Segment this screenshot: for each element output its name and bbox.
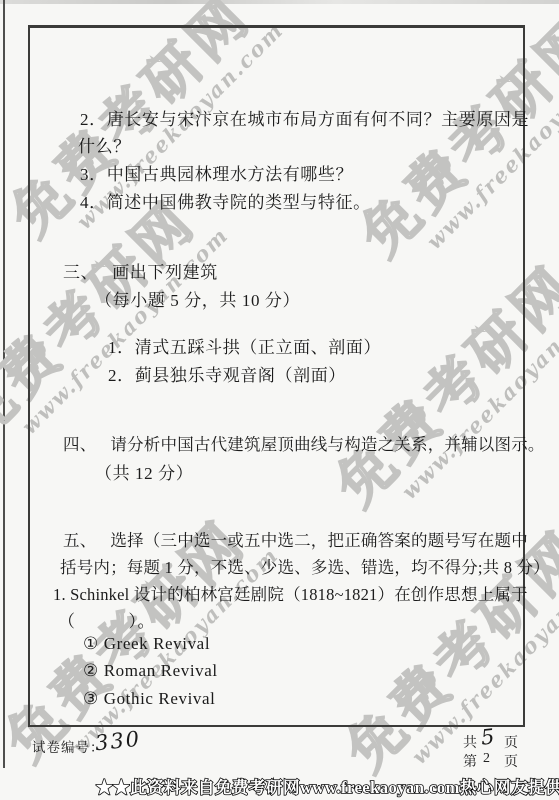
total-pages-label: 共 — [463, 732, 478, 752]
option-1-greek-revival: ① Greek Revival — [83, 634, 210, 654]
section3-item1: 1．清式五踩斗拱（正立面、剖面） — [108, 333, 381, 358]
paper-number-label: 试卷编号： — [32, 736, 105, 756]
section5-q1-answer-blank: （ ）。 — [58, 607, 155, 632]
question-3: 3．中国古典园林理水方法有哪些？ — [80, 160, 353, 185]
scan-noise-strip — [0, 0, 559, 4]
section4-score: （共 12 分） — [95, 459, 193, 484]
current-page-number: 2 — [483, 751, 491, 767]
total-pages-unit: 页 — [504, 732, 519, 752]
section3-title: 画出下列建筑 — [112, 263, 218, 282]
question-2-line1: 2．唐长安与宋汴京在城市布局方面有何不同？主要原因是 — [80, 105, 529, 130]
question-2-line2: 什么？ — [78, 132, 131, 157]
section3-item2: 2．蓟县独乐寺观音阁（剖面） — [108, 361, 346, 386]
section5-q1-line1: 1. Schinkel 设计的柏林宫廷剧院（1818~1821）在创作思想上属于 — [53, 581, 528, 605]
section5-number: 五、 — [63, 531, 96, 550]
option-2-roman-revival: ② Roman Revival — [83, 661, 218, 681]
current-page-unit: 页 — [504, 751, 519, 771]
source-banner: ★★此资料来自免费考研网www.freekaoyan.com热心网友提供★★ — [96, 774, 559, 798]
section4-title: 请分析中国古代建筑屋顶曲线与构造之关系，并辅以图示。 — [110, 435, 544, 454]
total-pages-handwritten: 5 — [480, 724, 498, 749]
section3-number: 三、 — [63, 263, 98, 282]
section3-header: 三、画出下列建筑 — [63, 258, 218, 283]
paper-number-handwritten: 330 — [94, 727, 142, 756]
section4-number: 四、 — [63, 435, 96, 454]
question-4: 4．简述中国佛教寺院的类型与特征。 — [80, 188, 371, 213]
section5-instructions-line1: 选择（三中选一或五中选二，把正确答案的题号写在题中 — [110, 531, 528, 550]
section5-instructions-line2: 括号内；每题 1 分，不选、少选、多选、错选，均不得分;共 8 分） — [60, 554, 550, 578]
section4-header: 四、请分析中国古代建筑屋顶曲线与构造之关系，并辅以图示。 — [63, 431, 545, 455]
section3-score: （每小题 5 分，共 10 分） — [95, 286, 300, 311]
section5-header-line1: 五、选择（三中选一或五中选二，把正确答案的题号写在题中 — [63, 527, 528, 551]
scanned-exam-page: 免费考研网 www.freekaoyan.com 免费考研网 www.freek… — [0, 0, 559, 800]
scan-edge-line — [3, 0, 5, 768]
current-page-label: 第 — [463, 751, 478, 771]
option-3-gothic-revival: ③ Gothic Revival — [83, 689, 216, 709]
